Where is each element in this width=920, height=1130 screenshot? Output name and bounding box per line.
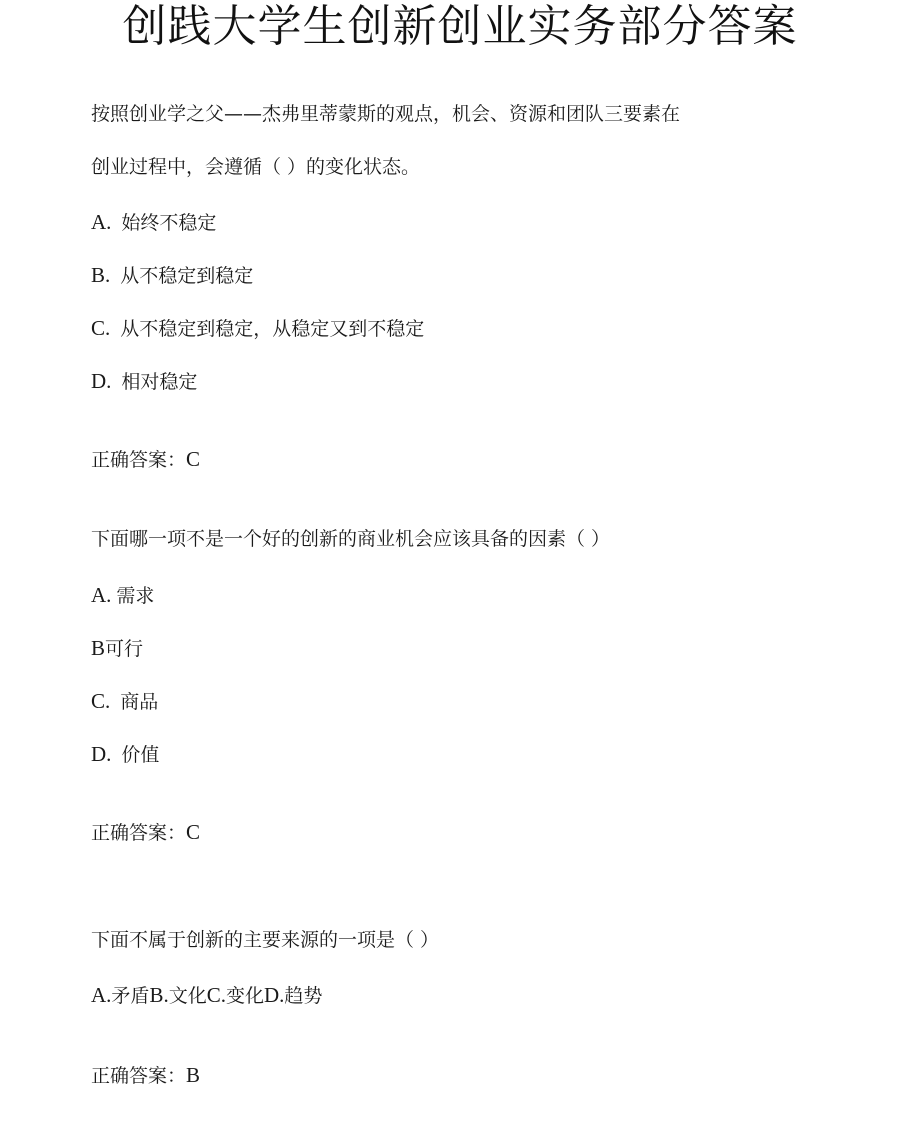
option-label: B. bbox=[91, 263, 110, 287]
option-d: D.价值 bbox=[91, 742, 159, 767]
option-label: D. bbox=[264, 983, 284, 1007]
option-text: 矛盾 bbox=[111, 985, 149, 1007]
option-b: B可行 bbox=[91, 636, 143, 661]
option-label: B. bbox=[149, 983, 168, 1007]
option-text: 需求 bbox=[116, 585, 154, 607]
option-text: 变化 bbox=[226, 985, 264, 1007]
correct-answer: 正确答案：C bbox=[91, 820, 200, 845]
option-text: 商品 bbox=[120, 691, 158, 713]
option-label: B bbox=[91, 636, 105, 660]
option-label: C. bbox=[207, 983, 226, 1007]
option-text: 趋势 bbox=[284, 985, 322, 1007]
option-text: 从不稳定到稳定，从稳定又到不稳定 bbox=[120, 318, 424, 340]
correct-answer: 正确答案：C bbox=[91, 447, 200, 472]
question-stem: 下面哪一项不是一个好的创新的商业机会应该具备的因素（ ） bbox=[91, 527, 610, 551]
option-label: D. bbox=[91, 742, 111, 766]
document-title: 创践大学生创新创业实务部分答案 bbox=[0, 2, 920, 52]
answer-value: C bbox=[186, 820, 200, 844]
question-stem: 创业过程中，会遵循（ ）的变化状态。 bbox=[91, 155, 420, 179]
option-d: D.相对稳定 bbox=[91, 369, 197, 394]
question-stem: 按照创业学之父——杰弗里蒂蒙斯的观点，机会、资源和团队三要素在 bbox=[91, 102, 680, 126]
options-inline: A.矛盾B.文化C.变化D.趋势 bbox=[91, 983, 322, 1008]
option-label: A. bbox=[91, 210, 111, 234]
option-a: A.始终不稳定 bbox=[91, 210, 216, 235]
option-text: 文化 bbox=[169, 985, 207, 1007]
answer-prefix: 正确答案： bbox=[91, 449, 186, 471]
option-label: C. bbox=[91, 316, 110, 340]
correct-answer: 正确答案：B bbox=[91, 1063, 200, 1088]
answer-prefix: 正确答案： bbox=[91, 822, 186, 844]
option-label: D. bbox=[91, 369, 111, 393]
option-label: A. bbox=[91, 983, 111, 1007]
option-text: 可行 bbox=[105, 638, 143, 660]
answer-prefix: 正确答案： bbox=[91, 1065, 186, 1087]
option-b: B.从不稳定到稳定 bbox=[91, 263, 253, 288]
answer-value: B bbox=[186, 1063, 200, 1087]
question-stem: 下面不属于创新的主要来源的一项是（ ） bbox=[91, 928, 439, 952]
option-text: 始终不稳定 bbox=[121, 212, 216, 234]
option-c: C.从不稳定到稳定，从稳定又到不稳定 bbox=[91, 316, 424, 341]
option-text: 相对稳定 bbox=[121, 371, 197, 393]
option-label: C. bbox=[91, 689, 110, 713]
option-a: A.需求 bbox=[91, 583, 154, 608]
option-text: 价值 bbox=[121, 744, 159, 766]
option-label: A. bbox=[91, 583, 111, 607]
option-c: C.商品 bbox=[91, 689, 158, 714]
answer-value: C bbox=[186, 447, 200, 471]
option-text: 从不稳定到稳定 bbox=[120, 265, 253, 287]
